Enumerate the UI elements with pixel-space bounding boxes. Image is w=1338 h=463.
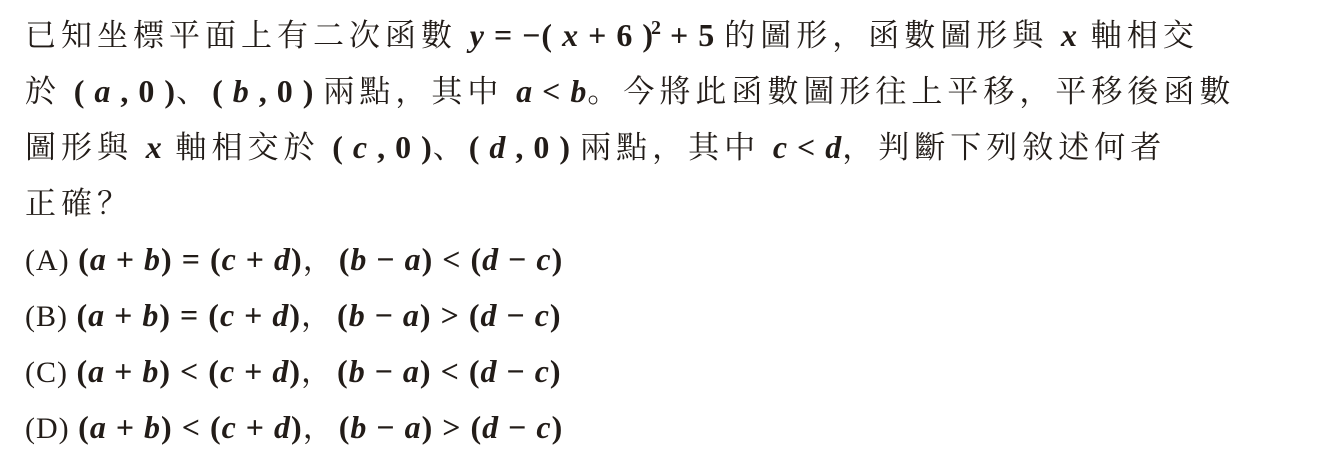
math-operator: ) < (	[161, 409, 222, 445]
math-variable: b	[350, 241, 367, 277]
math-operator: ) = (	[159, 297, 220, 333]
math-variable: a	[403, 297, 420, 333]
math-variable: c	[535, 297, 550, 333]
math-variable: a	[405, 409, 422, 445]
math-operator: )	[550, 297, 562, 333]
chinese-text: 、	[176, 74, 212, 109]
math-variable: b	[142, 353, 159, 389]
option-label: (A)	[25, 244, 78, 277]
math-operator: (	[78, 409, 90, 445]
math-variable: d	[272, 353, 289, 389]
math-operator: (	[77, 297, 89, 333]
math-variable: b	[144, 409, 161, 445]
statement-line-2: 於 ( a , 0 )、( b , 0 ) 兩點，其中 a < b。今將此函數圖…	[25, 63, 1328, 119]
chinese-text: 已知坐標平面上有二次函數	[25, 18, 470, 53]
math-variable: d	[482, 241, 499, 277]
chinese-text: ，	[301, 354, 337, 389]
option-line-c: (C) (a + b) < (c + d)，(b − a) < (d − c)	[25, 343, 1328, 399]
math-operator: , 0 )	[250, 73, 324, 109]
math-operator: +	[107, 241, 144, 277]
math-operator: = −(	[485, 17, 562, 53]
option-label: (C)	[25, 356, 77, 389]
math-operator: −	[499, 241, 536, 277]
math-operator: + 5	[661, 17, 724, 53]
statement-line-4: 正確？	[25, 175, 1328, 231]
math-operator: )	[291, 241, 303, 277]
math-operator: <	[533, 73, 570, 109]
math-variable: c	[773, 129, 788, 165]
math-variable: d	[272, 297, 289, 333]
math-variable: d	[480, 353, 497, 389]
math-variable: c	[222, 241, 237, 277]
math-variable: x	[1061, 17, 1078, 53]
math-variable: d	[489, 129, 506, 165]
chinese-text: 軸相交	[1078, 18, 1199, 53]
math-variable: d	[480, 297, 497, 333]
math-operator: ) < (	[159, 353, 220, 389]
math-variable: d	[482, 409, 499, 445]
chinese-text: 於	[25, 74, 74, 109]
math-variable: a	[403, 353, 420, 389]
statement-line-1: 已知坐標平面上有二次函數 y = −( x + 6 )2 + 5 的圖形，函數圖…	[25, 7, 1328, 63]
math-operator: +	[237, 241, 274, 277]
math-operator: )	[550, 353, 562, 389]
math-operator: ) < (	[422, 241, 483, 277]
math-operator: , 0 )	[368, 129, 433, 165]
math-operator: (	[74, 73, 95, 109]
math-operator: + 6 )	[579, 17, 654, 53]
math-variable: d	[274, 409, 291, 445]
math-variable: c	[220, 353, 235, 389]
chinese-text: 正確？	[25, 186, 133, 221]
math-variable: c	[536, 409, 551, 445]
math-variable: d	[825, 129, 842, 165]
chinese-text: 。今將此函數圖形往上平移，平移後函數	[587, 74, 1235, 109]
math-operator: (	[337, 297, 349, 333]
math-operator: +	[105, 353, 142, 389]
math-variable: b	[349, 353, 366, 389]
math-operator: ) < (	[420, 353, 481, 389]
chinese-text: 軸相交於	[163, 130, 333, 165]
chinese-text: ，	[301, 298, 337, 333]
math-variable: b	[349, 297, 366, 333]
math-variable: x	[562, 17, 579, 53]
math-operator: +	[107, 409, 144, 445]
option-label: (D)	[25, 412, 78, 445]
math-variable: b	[142, 297, 159, 333]
math-operator: −	[497, 353, 534, 389]
chinese-text: 圖形與	[25, 130, 146, 165]
math-variable: a	[516, 73, 533, 109]
math-variable: c	[535, 353, 550, 389]
math-operator: <	[788, 129, 825, 165]
option-line-a: (A) (a + b) = (c + d)，(b − a) < (d − c)	[25, 231, 1328, 287]
math-variable: y	[470, 17, 485, 53]
math-operator: −	[367, 409, 404, 445]
math-variable: b	[570, 73, 587, 109]
statement-line-3: 圖形與 x 軸相交於 ( c , 0 )、( d , 0 ) 兩點，其中 c <…	[25, 119, 1328, 175]
math-operator: ) = (	[161, 241, 222, 277]
option-label: (B)	[25, 300, 77, 333]
math-variable: c	[220, 297, 235, 333]
chinese-text: 兩點，其中	[323, 74, 516, 109]
math-variable: x	[146, 129, 163, 165]
math-operator: (	[339, 409, 351, 445]
math-variable: b	[144, 241, 161, 277]
math-operator: −	[499, 409, 536, 445]
math-operator: +	[235, 353, 272, 389]
chinese-text: 兩點，其中	[580, 130, 773, 165]
math-operator: )	[289, 297, 301, 333]
math-operator: )	[291, 409, 303, 445]
math-operator: +	[235, 297, 272, 333]
math-variable: c	[222, 409, 237, 445]
math-operator: )	[552, 409, 564, 445]
math-operator: (	[77, 353, 89, 389]
math-variable: c	[353, 129, 368, 165]
math-variable: a	[88, 297, 105, 333]
math-operator: −	[366, 353, 403, 389]
chinese-text: ，判斷下列敘述何者	[842, 130, 1166, 165]
chinese-text: 的圖形，函數圖形與	[724, 18, 1061, 53]
math-variable: c	[536, 241, 551, 277]
math-operator: (	[78, 241, 90, 277]
math-operator: −	[497, 297, 534, 333]
math-operator: (	[332, 129, 353, 165]
math-operator: , 0 )	[111, 73, 176, 109]
math-variable: a	[90, 241, 107, 277]
math-variable: d	[274, 241, 291, 277]
math-operator: )	[552, 241, 564, 277]
chinese-text: 、	[433, 130, 469, 165]
math-operator: (	[339, 241, 351, 277]
math-operator: (	[212, 73, 233, 109]
math-variable: a	[90, 409, 107, 445]
chinese-text: ，	[303, 242, 339, 277]
math-operator: −	[367, 241, 404, 277]
math-variable: a	[405, 241, 422, 277]
math-operator: (	[337, 353, 349, 389]
math-operator: +	[237, 409, 274, 445]
math-problem-page: 已知坐標平面上有二次函數 y = −( x + 6 )2 + 5 的圖形，函數圖…	[0, 0, 1338, 463]
math-variable: a	[94, 73, 111, 109]
math-variable: b	[350, 409, 367, 445]
math-operator: , 0 )	[506, 129, 580, 165]
math-operator: )	[289, 353, 301, 389]
math-operator: +	[105, 297, 142, 333]
math-exponent: 2	[651, 17, 661, 39]
option-line-b: (B) (a + b) = (c + d)，(b − a) > (d − c)	[25, 287, 1328, 343]
chinese-text: ，	[303, 410, 339, 445]
math-operator: (	[469, 129, 490, 165]
math-operator: ) > (	[422, 409, 483, 445]
math-operator: −	[366, 297, 403, 333]
math-variable: b	[233, 73, 250, 109]
math-variable: a	[88, 353, 105, 389]
math-operator: ) > (	[420, 297, 481, 333]
option-line-d: (D) (a + b) < (c + d)，(b − a) > (d − c)	[25, 399, 1328, 455]
